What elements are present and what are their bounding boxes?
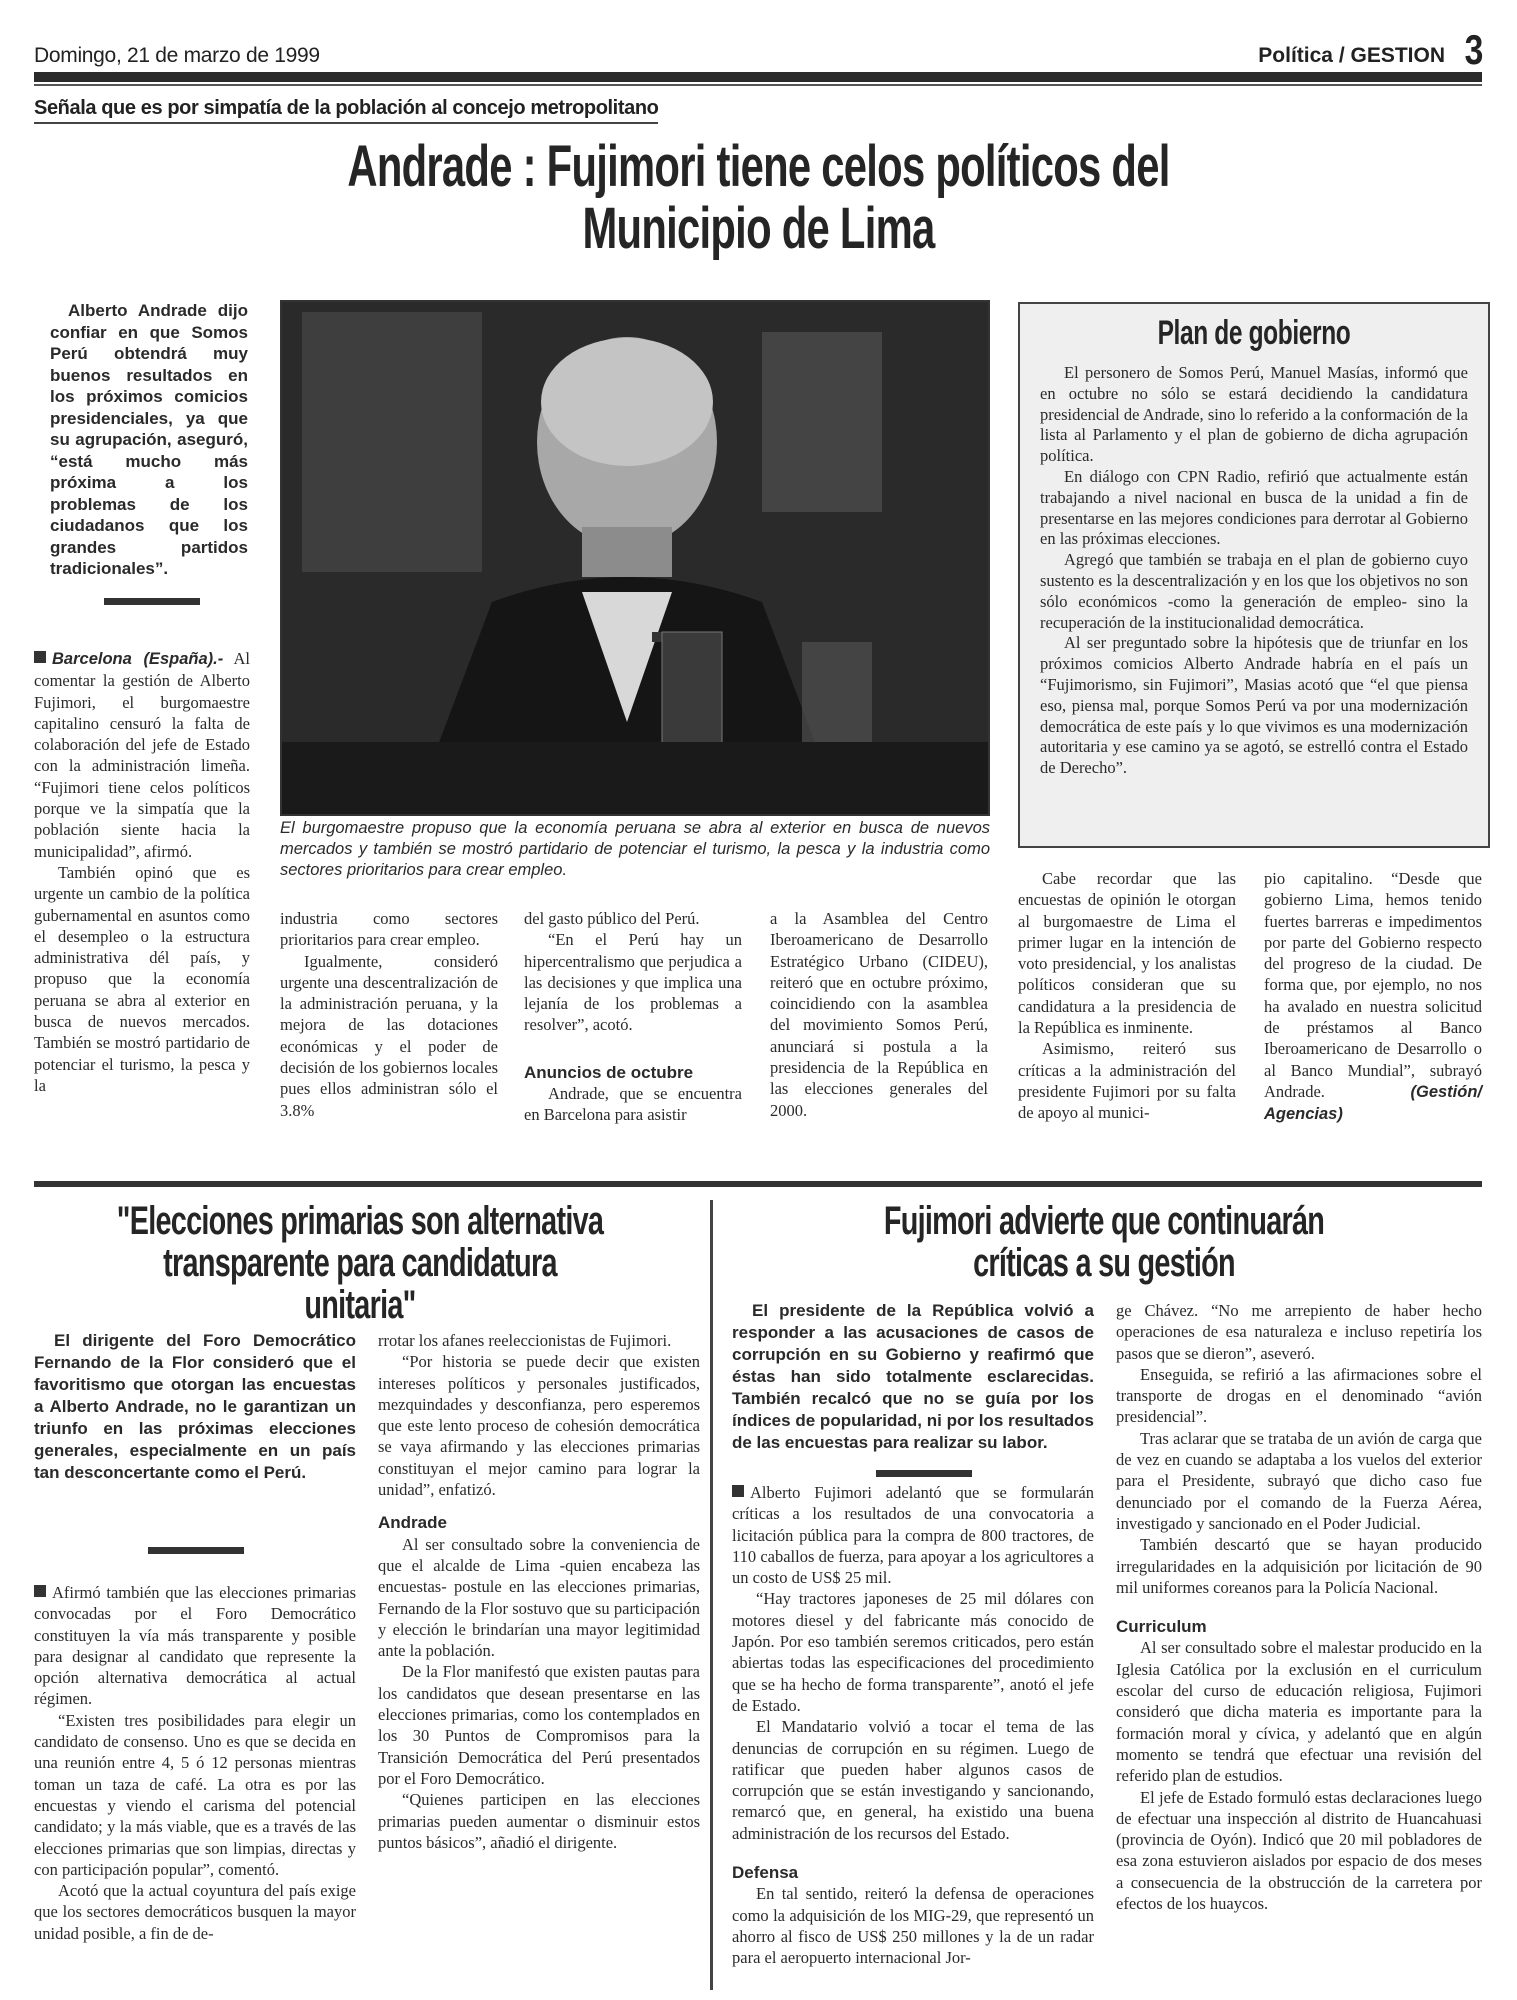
- article3-headline-line1: Fujimori advierte que continuarán: [830, 1200, 1377, 1242]
- article1-headline-line2: Municipio de Lima: [212, 198, 1304, 260]
- article1-headline: Andrade : Fujimori tiene celos políticos…: [212, 136, 1304, 260]
- article1-col1: Barcelona (España).- Al comentar la gest…: [34, 648, 250, 1096]
- article1-col3: del gasto público del Perú. “En el Perú …: [524, 908, 742, 1126]
- issue-date: Domingo, 21 de marzo de 1999: [34, 44, 320, 68]
- article1-col5: Cabe recordar que las encuestas de opini…: [1018, 868, 1236, 1124]
- plan-de-gobierno-box: Plan de gobierno El personero de Somos P…: [1018, 302, 1490, 848]
- dateline: Barcelona (España).-: [52, 650, 223, 668]
- bullet-square-icon: [732, 1485, 744, 1497]
- article2-lead: El dirigente del Foro Democrático Fernan…: [34, 1330, 356, 1484]
- article1-kicker: Señala que es por simpatía de la poblaci…: [34, 97, 658, 124]
- article1-col6: pio capitalino. “Desde que gobierno Lima…: [1264, 868, 1482, 1126]
- box-title: Plan de gobierno: [1086, 314, 1423, 353]
- article3-col1: Alberto Fujimori adelantó que se formula…: [732, 1482, 1094, 1969]
- article3-lead: El presidente de la República volvió a r…: [732, 1300, 1094, 1454]
- article1-headline-line1: Andrade : Fujimori tiene celos políticos…: [212, 136, 1304, 198]
- section-label: Política / GESTION: [1258, 44, 1445, 68]
- article3-headline: Fujimori advierte que continuarán crític…: [830, 1200, 1377, 1284]
- article1-lead-text: Alberto Andrade dijo confiar en que Somo…: [50, 301, 248, 578]
- photo-illustration: [282, 302, 988, 814]
- bullet-square-icon: [34, 1585, 46, 1597]
- page-number: 3: [1464, 26, 1483, 74]
- article3-headline-line2: críticas a su gestión: [830, 1242, 1377, 1284]
- article1-col4: a la Asamblea del Centro Iberoamericano …: [770, 908, 988, 1121]
- header-rule: [34, 72, 1482, 82]
- andrade-photo: [280, 300, 990, 816]
- header-rule-thin: [34, 84, 1482, 86]
- photo-caption: El burgomaestre propuso que la economía …: [280, 818, 990, 881]
- lead-separator-2: [148, 1547, 244, 1554]
- article1-lead: Alberto Andrade dijo confiar en que Somo…: [50, 300, 248, 580]
- box-body: El personero de Somos Perú, Manuel Masía…: [1020, 363, 1488, 779]
- article1-col2: industria como sectores prioritarios par…: [280, 908, 498, 1121]
- subhead-curriculum: Curriculum: [1116, 1616, 1482, 1637]
- subhead-defensa: Defensa: [732, 1862, 1094, 1883]
- article2-headline: "Elecciones primarias son alternativa tr…: [115, 1200, 605, 1326]
- column-divider: [710, 1200, 713, 1990]
- subhead-anuncios: Anuncios de octubre: [524, 1062, 742, 1083]
- lead-separator-3: [876, 1470, 972, 1477]
- section-divider: [34, 1181, 1482, 1187]
- subhead-andrade: Andrade: [378, 1512, 700, 1533]
- article2-col1: Afirmó también que las elecciones primar…: [34, 1582, 356, 1944]
- article3-col2: ge Chávez. “No me arrepiento de haber he…: [1116, 1300, 1482, 1914]
- lead-separator: [104, 598, 200, 605]
- article2-col2: rrotar los afanes reeleccionistas de Fuj…: [378, 1330, 700, 1853]
- bullet-square-icon: [34, 651, 46, 663]
